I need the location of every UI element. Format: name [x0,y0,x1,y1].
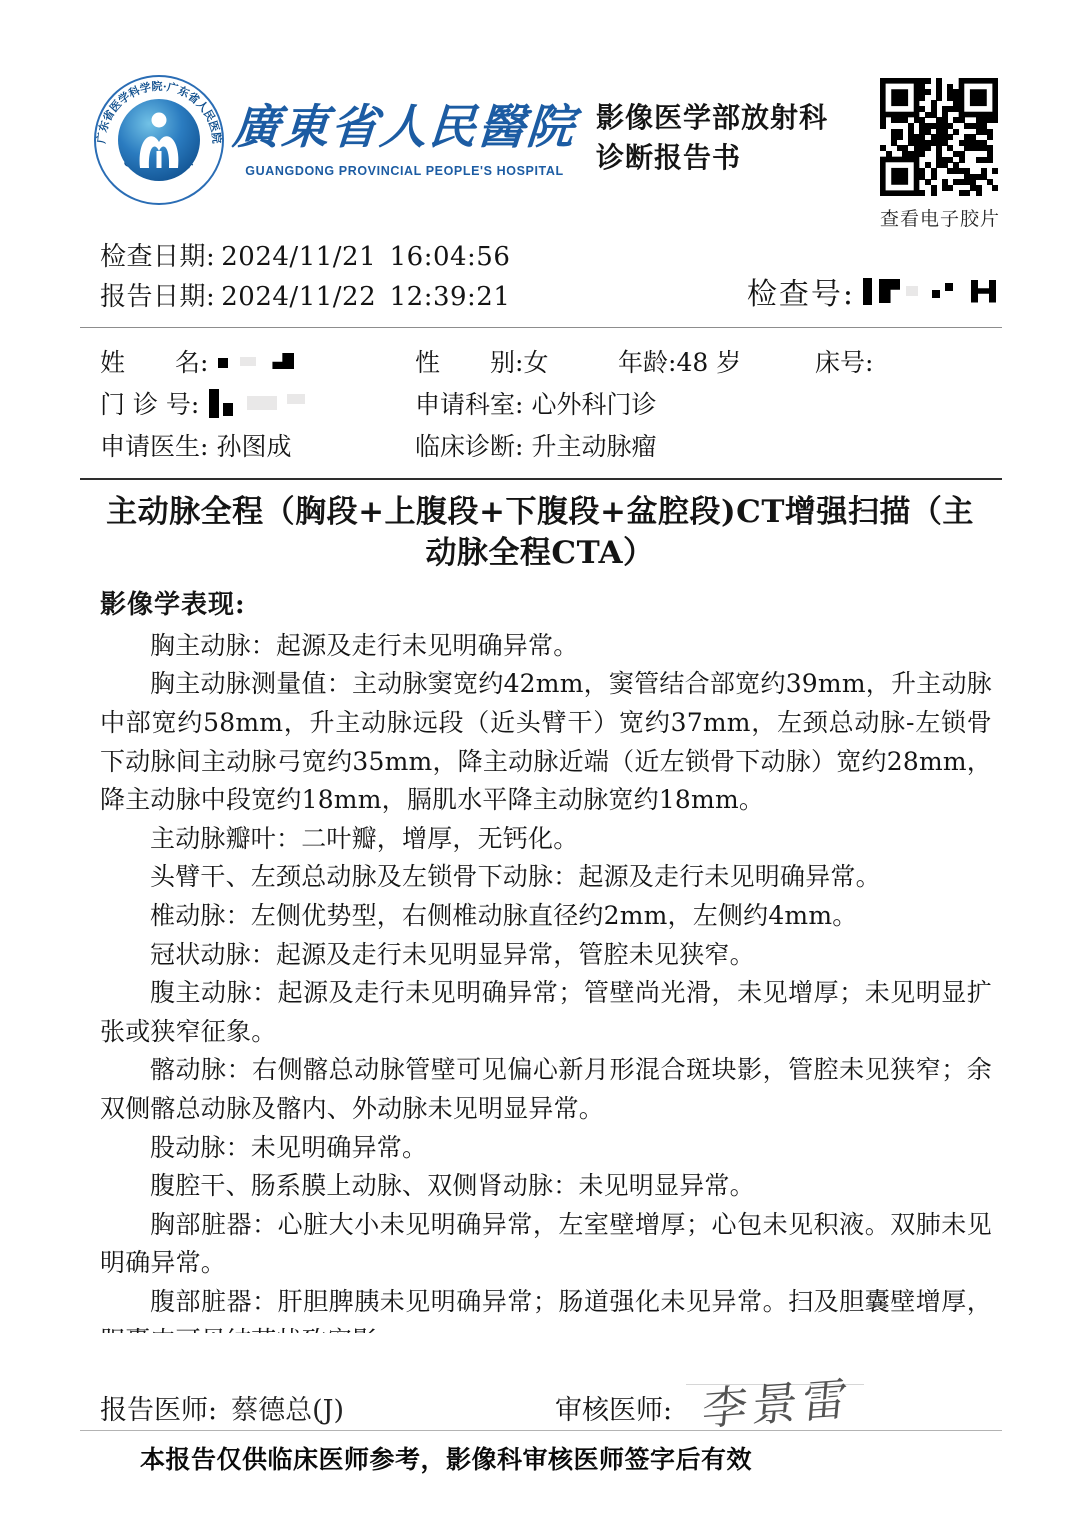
report-doctor-cell: 报告医师: 蔡德总(J) [100,1384,555,1427]
finding-paragraph: 头臂干、左颈总动脉及左锁骨下动脉：起源及走行未见明确异常。 [100,858,992,897]
patient-row-2: 门 诊 号: 申请科室:心外科门诊 [100,382,1000,424]
outpatient-no-cell: 门 诊 号: [100,385,415,421]
exam-number-row: 检查号: [747,269,996,317]
patient-gender-value: 女 [523,348,548,377]
finding-paragraph: 冠状动脉：起源及走行未见明显异常，管腔未见狭窄。 [100,936,992,975]
finding-paragraph: 胸部脏器：心脏大小未见明确异常，左室壁增厚；心包未见积液。双肺未见明确异常。 [100,1206,992,1283]
department-line1: 影像医学部放射科 [596,98,828,138]
patient-age-label: 年龄: [618,348,676,377]
qr-code-icon[interactable] [880,78,998,196]
report-date-label: 报告日期: [100,282,215,312]
report-date-row: 报告日期:2024/11/22 12:39:21 [100,277,510,317]
divider-bottom [80,1430,1002,1431]
report-doctor-label: 报告医师: [100,1388,217,1427]
department-title: 影像医学部放射科 诊断报告书 [596,74,828,178]
patient-info: 姓 名: 性 别:女 年龄:48 岁 床号: 门 诊 号: [100,340,1000,466]
patient-gender-cell: 性 别:女 [415,343,618,379]
exam-date-value: 2024/11/21 16:04:56 [221,242,510,272]
outpatient-no-label: 门 诊 号: [100,385,199,421]
request-dept-value: 心外科门诊 [531,390,656,419]
report-doctor-value: 蔡德总(J) [231,1388,344,1427]
diagnosis-cell: 临床诊断:升主动脉瘤 [415,427,1000,463]
finding-paragraph: 髂动脉：右侧髂总动脉管壁可见偏心新月形混合斑块影，管腔未见狭窄；余双侧髂总动脉及… [100,1051,992,1128]
exam-number-label: 检查号: [747,269,855,313]
finding-paragraph: 胸主动脉测量值：主动脉窦宽约42mm，窦管结合部宽约39mm，升主动脉中部宽约5… [100,665,992,819]
patient-name-cell: 姓 名: [100,343,415,379]
divider-patient [80,478,1002,480]
patient-age-cell: 年龄:48 岁 [618,343,815,379]
review-doctor-signature: 李景雷 [700,1362,855,1438]
review-doctor-label: 审核医师: [555,1384,672,1427]
patient-age-value: 48 岁 [676,348,741,377]
divider-top [80,327,1002,328]
findings-body: 胸主动脉：起源及走行未见明确异常。胸主动脉测量值：主动脉窦宽约42mm，窦管结合… [100,627,992,1333]
disclaimer-text: 本报告仅供临床医师参考，影像科审核医师签字后有效 [140,1440,752,1476]
qr-caption: 查看电子胶片 [880,204,1000,231]
report-page: 广东省医学科学院·广东省人民医院 GAMS·GDPH 廣東省人民醫院 GUANG… [0,0,1080,1526]
diagnosis-value: 升主动脉瘤 [531,432,656,461]
meta-section: 检查日期:2024/11/21 16:04:56 报告日期:2024/11/22… [100,237,996,317]
finding-paragraph: 腹腔干、肠系膜上动脉、双侧肾动脉：未见明显异常。 [100,1167,992,1206]
finding-paragraph: 腹主动脉：起源及走行未见明确异常；管壁尚光滑，未见增厚；未见明显扩张或狭窄征象。 [100,974,992,1051]
outpatient-no-redacted [209,389,305,418]
hospital-name-en: GUANGDONG PROVINCIAL PEOPLE'S HOSPITAL [233,164,576,178]
finding-paragraph: 主动脉瓣叶：二叶瓣，增厚，无钙化。 [100,820,992,859]
hospital-name-zh: 廣東省人民醫院 [231,90,579,157]
finding-paragraph: 股动脉：未见明确异常。 [100,1129,992,1168]
findings-heading: 影像学表现: [100,584,1080,621]
request-dept-label: 申请科室: [415,390,523,419]
patient-bed-label: 床号: [815,348,873,377]
request-doctor-label: 申请医生: [100,427,208,463]
request-doctor-value: 孙图成 [216,427,291,463]
patient-bed-cell: 床号: [815,343,1000,379]
report-header: 广东省医学科学院·广东省人民医院 GAMS·GDPH 廣東省人民醫院 GUANG… [0,0,1080,231]
dates-block: 检查日期:2024/11/21 16:04:56 报告日期:2024/11/22… [100,237,510,317]
patient-row-3: 申请医生:孙图成 临床诊断:升主动脉瘤 [100,424,1000,466]
patient-row-1: 姓 名: 性 别:女 年龄:48 岁 床号: [100,340,1000,382]
hospital-brand: 廣東省人民醫院 GUANGDONG PROVINCIAL PEOPLE'S HO… [233,74,576,178]
qr-block: 查看电子胶片 [880,78,1000,231]
finding-paragraph: 腹部脏器：肝胆脾胰未见明确异常；肠道强化未见异常。扫及胆囊壁增厚，胆囊内可见结节… [100,1283,992,1333]
request-doctor-cell: 申请医生:孙图成 [100,427,415,463]
hospital-logo-icon: 广东省医学科学院·广东省人民医院 GAMS·GDPH [93,74,225,206]
exam-date-label: 检查日期: [100,242,215,272]
finding-paragraph: 椎动脉：左侧优势型，右侧椎动脉直径约2mm，左侧约4mm。 [100,897,992,936]
report-date-value: 2024/11/22 12:39:21 [221,282,510,312]
patient-name-label: 姓 名: [100,343,208,379]
diagnosis-label: 临床诊断: [415,432,523,461]
finding-paragraph: 胸主动脉：起源及走行未见明确异常。 [100,627,992,666]
request-dept-cell: 申请科室:心外科门诊 [415,385,1000,421]
patient-name-redacted [218,353,294,369]
patient-gender-label: 性 别: [415,348,523,377]
department-line2: 诊断报告书 [596,138,828,178]
exam-number-redacted [863,278,996,305]
exam-title: 主动脉全程（胸段+上腹段+下腹段+盆腔段)CT增强扫描（主动脉全程CTA） [92,492,988,574]
exam-date-row: 检查日期:2024/11/21 16:04:56 [100,237,510,277]
